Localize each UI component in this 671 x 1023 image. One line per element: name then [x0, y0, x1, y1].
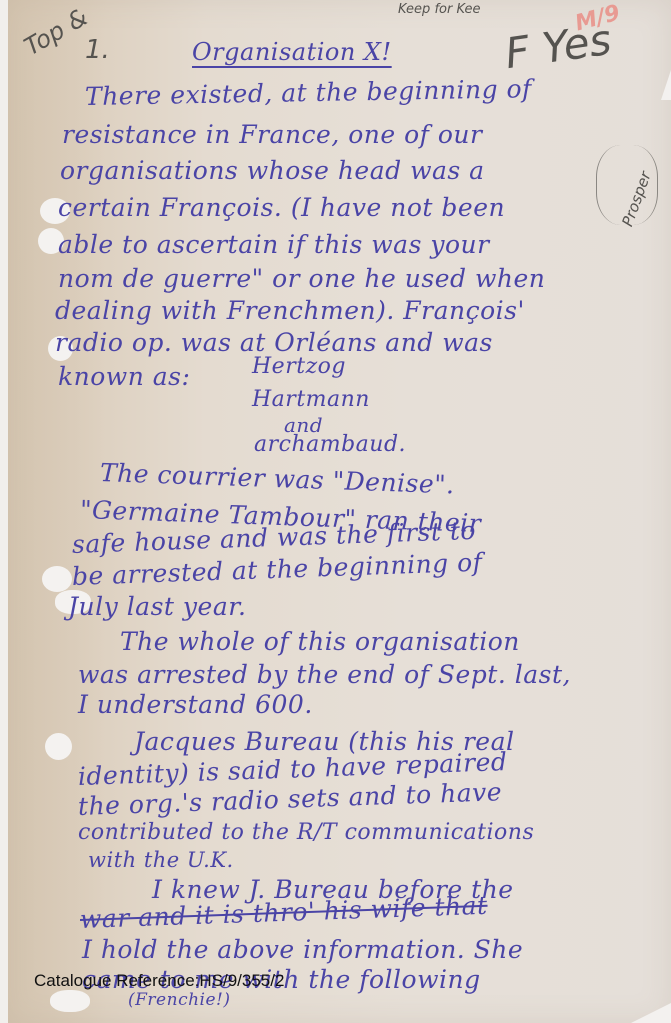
punch-hole [42, 566, 72, 592]
text-line: nom de guerre" or one he used when [58, 264, 545, 293]
page-edge [0, 0, 8, 1023]
top-pencil-note: Keep for Kee [398, 2, 481, 17]
text-line: certain François. (I have not been [58, 193, 505, 222]
text-line: radio op. was at Orléans and was [55, 328, 493, 357]
text-line: known as: [58, 362, 190, 391]
text-line: July last year. [68, 592, 246, 621]
text-line: I understand 600. [78, 690, 313, 719]
text-line: was arrested by the end of Sept. last, [78, 660, 571, 689]
catalogue-reference: Catalogue Reference:HS/9/355/2 [34, 971, 284, 991]
text-line: resistance in France, one of our [62, 120, 482, 149]
text-line: contributed to the R/T communications [78, 820, 534, 845]
text-line: I hold the above information. She [82, 935, 523, 964]
text-line: with the U.K. [88, 848, 234, 872]
text-line: Hartmann [252, 387, 370, 412]
page-number: 1. [85, 35, 110, 65]
text-line: dealing with Frenchmen). François' [55, 296, 525, 325]
text-line: organisations whose head was a [60, 156, 485, 185]
text-line: able to ascertain if this was your [58, 230, 490, 259]
text-line: archambaud. [254, 432, 406, 457]
text-line: Hertzog [252, 354, 346, 379]
punch-hole [45, 733, 72, 760]
text-line: The whole of this organisation [120, 627, 520, 656]
document-title: Organisation X! [192, 38, 392, 66]
torn-corner-top [661, 70, 671, 100]
torn-corner-bottom [631, 1003, 671, 1023]
text-line: (Frenchie!) [128, 990, 231, 1010]
